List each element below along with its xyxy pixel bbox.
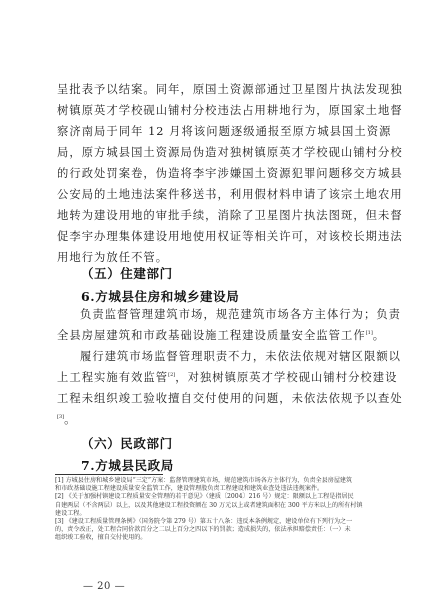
footnotes: [1] 方城县住房和城乡建设局“三定”方案：监督管理建筑市场，规范建筑市场各方主… [55, 477, 375, 543]
footnote-divider [55, 474, 163, 475]
footnote-line: [2] 《关于加强村镇建设工程质量安全管理的若干意见》（建质〔2004〕216 … [55, 493, 375, 501]
paragraph-housing-duties: 负责监督管理建筑市场，规范建筑市场各方主体行为；负责 全县房屋建筑和市政基础设施… [57, 304, 377, 346]
footnote-3: [3] 《建设工程质量管理条例》（国务院令第 279 号）第五十八条：违反本条例… [55, 518, 375, 543]
footnote-line: [3] 《建设工程质量管理条例》（国务院令第 279 号）第五十八条：违反本条例… [55, 518, 375, 526]
section-heading-housing-dept: （五）住建部门 [81, 264, 173, 282]
text-line: 呈批表予以结案。同年，原国土资源部通过卫星图片执法发现独 [57, 79, 377, 100]
paragraph-housing-failures: 履行建筑市场监督管理职责不力，未依法依规对辖区限额以 上工程实施有效监管[2]，… [57, 346, 377, 425]
text-segment: 。 [373, 329, 385, 342]
footnote-2: [2] 《关于加强村镇建设工程质量安全管理的若干意见》（建质〔2004〕216 … [55, 493, 375, 518]
text-line: 地转为建设用地的审批手续，消除了卫星图片执法图斑，但未督 [57, 205, 377, 226]
text-line: 负责监督管理建筑市场，规范建筑市场各方主体行为；负责 [57, 304, 377, 325]
text-segment: ，对独树镇原英才学校砚山铺村分校建设 [175, 371, 397, 384]
subheading-civil-affairs-bureau: 7.方城县民政局 [81, 456, 174, 474]
text-line: 工程未组织竣工验收擅自交付使用的问题，未依法依规予以查处 [57, 388, 377, 409]
section-heading-civil-affairs: （六）民政部门 [81, 434, 173, 452]
text-line: 公安局的土地违法案件移送书，利用假材料申请了该宗土地农用 [57, 184, 377, 205]
subheading-housing-bureau: 6.方城县住房和城乡建设局 [81, 287, 239, 305]
text-line: [3]。 [57, 409, 377, 425]
footnote-line: 建设工程。 [55, 510, 375, 518]
text-line: 察济南局于同年 12 月将该问题逐级通报至原方城县国土资源 [57, 121, 377, 142]
footnote-1: [1] 方城县住房和城乡建设局“三定”方案：监督管理建筑市场，规范建筑市场各方主… [55, 477, 375, 493]
text-line: 上工程实施有效监管[2]，对独树镇原英才学校砚山铺村分校建设 [57, 367, 377, 388]
footnote-line: [1] 方城县住房和城乡建设局“三定”方案：监督管理建筑市场，规范建筑市场各方主… [55, 477, 375, 485]
page-number: — 20 — [83, 581, 125, 592]
document-page: 呈批表予以结案。同年，原国土资源部通过卫星图片执法发现独 树镇原英才学校砚山铺村… [0, 0, 432, 612]
text-line: 的行政处罚案卷，伪造将李宇涉嫌国土资源犯罪问题移交方城县 [57, 163, 377, 184]
text-line: 树镇原英才学校砚山铺村分校违法占用耕地行为，原国家土地督 [57, 100, 377, 121]
text-line: 履行建筑市场监督管理职责不力，未依法依规对辖区限额以 [57, 346, 377, 367]
text-segment: 全县房屋建筑和市政基础设施工程建设质量安全监管工作 [57, 329, 366, 342]
text-segment: 上工程实施有效监管 [57, 371, 168, 384]
text-segment: 。 [64, 413, 76, 426]
text-line: 全县房屋建筑和市政基础设施工程建设质量安全监管工作[1]。 [57, 325, 377, 346]
footnote-line: 组织竣工验收，擅自交付使用的。 [55, 534, 375, 542]
text-line: 局，原方城县国土资源局伪造对独树镇原英才学校砚山铺村分校 [57, 142, 377, 163]
text-line: 促李宇办理集体建设用地使用权证等相关许可，对该校长期违法 [57, 226, 377, 247]
paragraph-land-violation: 呈批表予以结案。同年，原国土资源部通过卫星图片执法发现独 树镇原英才学校砚山铺村… [57, 79, 377, 268]
footnote-ref-1[interactable]: [1] [366, 330, 373, 336]
footnote-line: 自建两层（不含两层）以上，以及其他建设工程投资额在 30 万元以上或者建筑面积在… [55, 502, 375, 510]
